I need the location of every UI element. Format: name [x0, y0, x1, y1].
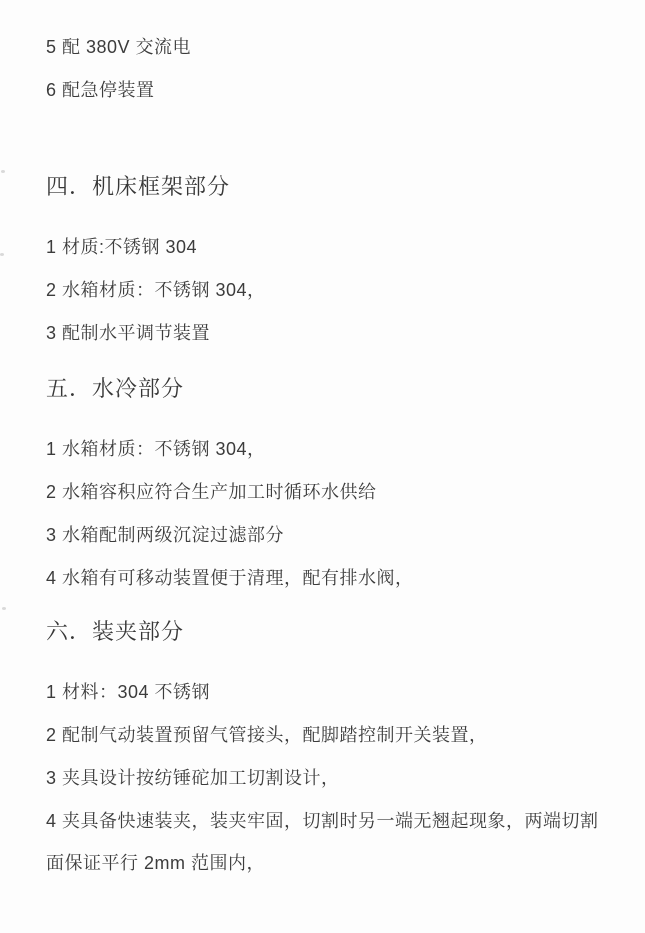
section-heading-frame: 四．机床框架部分 — [46, 172, 611, 202]
scan-speck — [0, 253, 4, 256]
scanned-document-page: 5 配 380V 交流电 6 配急停装置 四．机床框架部分 1 材质:不锈钢 3… — [0, 0, 645, 933]
scan-speck — [2, 607, 6, 610]
spec-item-water-3: 3 水箱配制两级沉淀过滤部分 — [46, 514, 611, 556]
section-heading-clamping: 六．装夹部分 — [46, 617, 611, 647]
spec-item-clamp-4: 4 夹具备快速装夹，装夹牢固，切割时另一端无翘起现象，两端切割面保证平行 2mm… — [46, 800, 611, 884]
spec-item-frame-3: 3 配制水平调节装置 — [46, 312, 611, 354]
spec-item-electrical-5: 5 配 380V 交流电 — [46, 26, 611, 68]
scan-speck — [1, 170, 5, 173]
spec-item-frame-1: 1 材质:不锈钢 304 — [46, 226, 611, 268]
spec-item-water-1: 1 水箱材质：不锈钢 304， — [46, 428, 611, 470]
section-heading-water-cooling: 五．水冷部分 — [46, 374, 611, 404]
spec-item-water-4: 4 水箱有可移动装置便于清理，配有排水阀， — [46, 557, 611, 599]
spec-item-clamp-1: 1 材料：304 不锈钢 — [46, 671, 611, 713]
spec-item-clamp-2: 2 配制气动装置预留气管接头，配脚踏控制开关装置， — [46, 714, 611, 756]
spec-item-clamp-3: 3 夹具设计按纺锤砣加工切割设计， — [46, 757, 611, 799]
spec-item-frame-2: 2 水箱材质：不锈钢 304， — [46, 269, 611, 311]
spec-item-water-2: 2 水箱容积应符合生产加工时循环水供给 — [46, 471, 611, 513]
spec-item-electrical-6: 6 配急停装置 — [46, 69, 611, 111]
